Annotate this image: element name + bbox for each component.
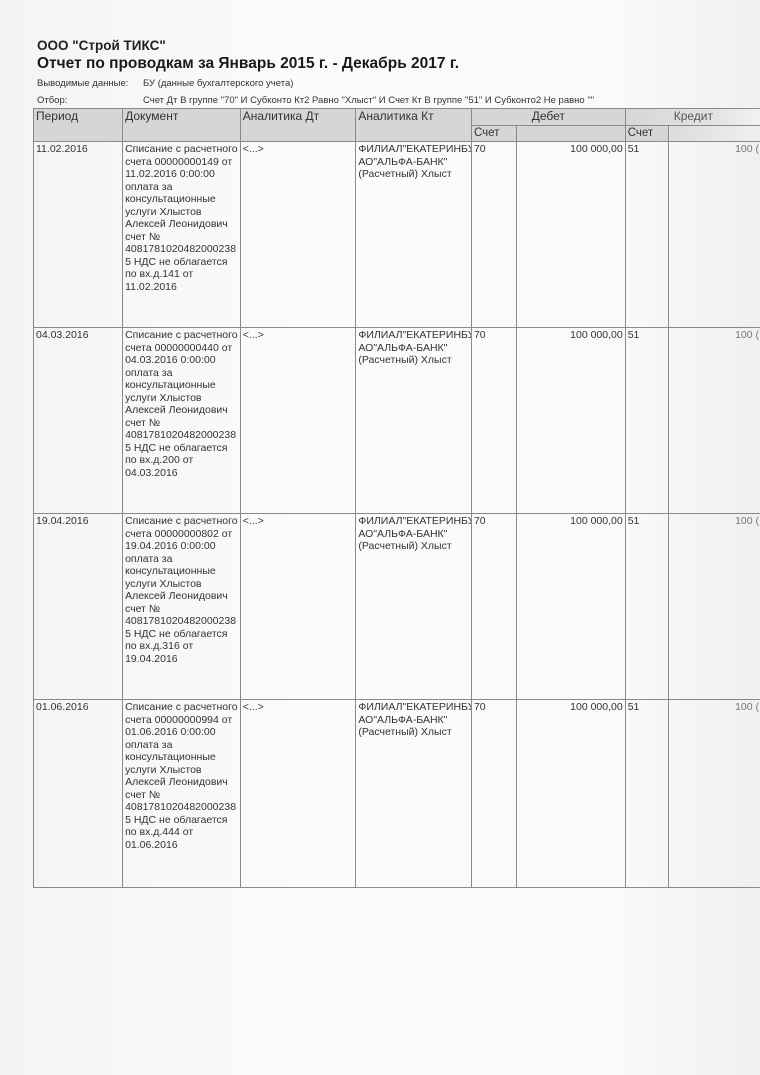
analytics-kt-cell: ФИЛИАЛ"ЕКАТЕРИНБУРГСКИЙ" АО"АЛЬФА-БАНК" … [356, 328, 472, 514]
header-document: Документ [123, 109, 241, 142]
debit-account-cell: 70 [471, 142, 516, 328]
credit-amount-cell: 100 ( [669, 700, 760, 888]
header-credit: Кредит [625, 109, 760, 126]
organization-name: ООО "Строй ТИКС" [37, 38, 166, 53]
header-debit-account: Счет [471, 126, 516, 142]
credit-account-cell: 51 [625, 328, 668, 514]
document-cell: Списание с расчетного счета 00000000802 … [123, 514, 241, 700]
period-cell: 11.02.2016 [34, 142, 123, 328]
header-row: Период Документ Аналитика Дт Аналитика К… [34, 109, 760, 126]
header-analytics-dt: Аналитика Дт [240, 109, 356, 142]
credit-amount-cell: 100 ( [669, 142, 760, 328]
analytics-dt-cell: <...> [240, 700, 356, 888]
analytics-kt-cell: ФИЛИАЛ"ЕКАТЕРИНБУРГСКИЙ" АО"АЛЬФА-БАНК" … [356, 514, 472, 700]
header-debit: Дебет [471, 109, 625, 126]
debit-account-cell: 70 [471, 328, 516, 514]
table-row: 01.06.2016Списание с расчетного счета 00… [34, 700, 760, 888]
table-row: 11.02.2016Списание с расчетного счета 00… [34, 142, 760, 328]
header-period: Период [34, 109, 123, 142]
analytics-kt-cell: ФИЛИАЛ"ЕКАТЕРИНБУРГСКИЙ" АО"АЛЬФА-БАНК" … [356, 700, 472, 888]
filter-row: Отбор:Счет Дт В группе "70" И Субконто К… [37, 95, 594, 106]
period-cell: 19.04.2016 [34, 514, 123, 700]
table-row: 04.03.2016Списание с расчетного счета 00… [34, 328, 760, 514]
period-cell: 04.03.2016 [34, 328, 123, 514]
table-row: 19.04.2016Списание с расчетного счета 00… [34, 514, 760, 700]
document-cell: Списание с расчетного счета 00000000440 … [123, 328, 241, 514]
debit-amount-cell: 100 000,00 [516, 328, 625, 514]
filter-value: Счет Дт В группе "70" И Субконто Кт2 Рав… [143, 95, 594, 106]
analytics-dt-cell: <...> [240, 328, 356, 514]
output-data-label: Выводимые данные: [37, 78, 143, 89]
header-debit-amount [516, 126, 625, 142]
document-cell: Списание с расчетного счета 00000000994 … [123, 700, 241, 888]
output-data-row: Выводимые данные:БУ (данные бухгалтерско… [37, 78, 293, 89]
analytics-dt-cell: <...> [240, 142, 356, 328]
debit-account-cell: 70 [471, 700, 516, 888]
header-credit-amount [669, 126, 760, 142]
report-title: Отчет по проводкам за Январь 2015 г. - Д… [37, 55, 459, 73]
scanned-page: ООО "Строй ТИКС" Отчет по проводкам за Я… [0, 0, 760, 1075]
header-analytics-kt: Аналитика Кт [356, 109, 472, 142]
credit-amount-cell: 100 ( [669, 514, 760, 700]
postings-table: Период Документ Аналитика Дт Аналитика К… [33, 108, 760, 888]
debit-amount-cell: 100 000,00 [516, 514, 625, 700]
header-credit-account: Счет [625, 126, 668, 142]
credit-account-cell: 51 [625, 514, 668, 700]
document-cell: Списание с расчетного счета 00000000149 … [123, 142, 241, 328]
credit-amount-cell: 100 ( [669, 328, 760, 514]
output-data-value: БУ (данные бухгалтерского учета) [143, 78, 293, 89]
credit-account-cell: 51 [625, 142, 668, 328]
analytics-dt-cell: <...> [240, 514, 356, 700]
credit-account-cell: 51 [625, 700, 668, 888]
analytics-kt-cell: ФИЛИАЛ"ЕКАТЕРИНБУРГСКИЙ" АО"АЛЬФА-БАНК" … [356, 142, 472, 328]
period-cell: 01.06.2016 [34, 700, 123, 888]
debit-amount-cell: 100 000,00 [516, 700, 625, 888]
debit-account-cell: 70 [471, 514, 516, 700]
debit-amount-cell: 100 000,00 [516, 142, 625, 328]
filter-label: Отбор: [37, 95, 143, 106]
